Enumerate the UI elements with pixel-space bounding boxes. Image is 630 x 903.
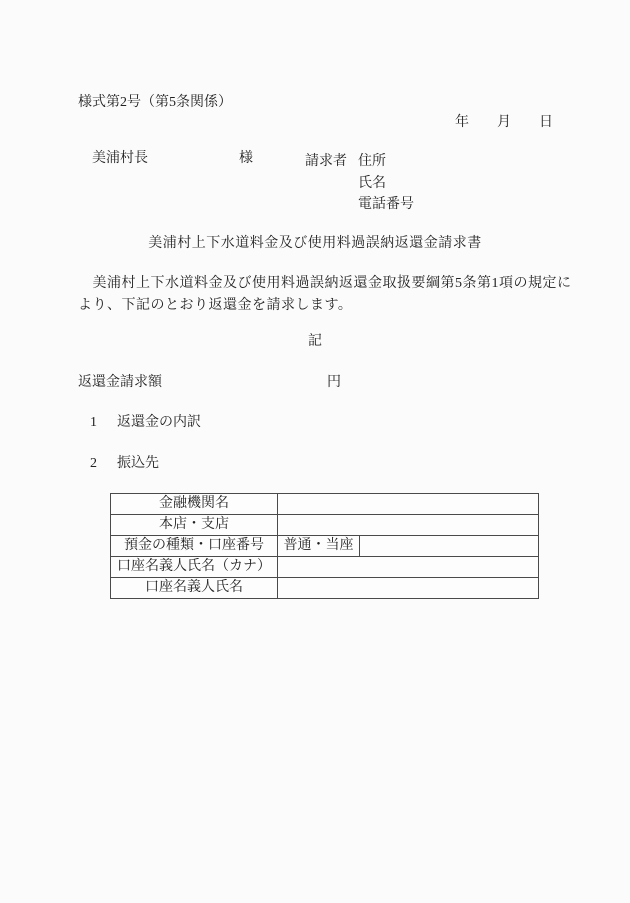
body-paragraph-line-2: より、下記のとおり返還金を請求します。 (78, 298, 352, 314)
table-row: 金融機関名 (111, 494, 539, 515)
requester-label: 請求者 (305, 154, 347, 170)
account-holder-name-label: 口座名義人氏名 (111, 578, 278, 599)
date-year-label: 年 (455, 115, 469, 131)
section-2-title: 振込先 (117, 456, 159, 472)
account-type-number-label: 預金の種類・口座番号 (111, 536, 278, 557)
date-month-label: 月 (497, 115, 511, 131)
section-1-title: 返還金の内訳 (117, 415, 201, 431)
document-page: 様式第2号（第5条関係） 年 月 日 美浦村長様 請求者 住所 氏名 電話番号 … (0, 0, 630, 903)
requester-phone-label: 電話番号 (358, 197, 414, 213)
form-number: 様式第2号（第5条関係） (78, 95, 232, 111)
section-1-number: 1 (90, 415, 97, 431)
date-line: 年 月 日 (455, 115, 553, 131)
bank-name-label: 金融機関名 (111, 494, 278, 515)
table-row: 口座名義人氏名（カナ） (111, 557, 539, 578)
section-2-number: 2 (90, 456, 97, 472)
account-holder-kana-label: 口座名義人氏名（カナ） (111, 557, 278, 578)
claim-amount-label: 返還金請求額 (78, 375, 162, 391)
record-marker: 記 (0, 334, 630, 350)
addressee-line: 美浦村長様 (78, 135, 253, 183)
branch-label: 本店・支店 (111, 515, 278, 536)
table-row: 預金の種類・口座番号 普通・当座 (111, 536, 539, 557)
branch-value (278, 515, 539, 536)
bank-name-value (278, 494, 539, 515)
account-holder-kana-value (278, 557, 539, 578)
body-paragraph-line-1: 美浦村上下水道料金及び使用料過誤納返還金取扱要綱第5条第1項の規定に (78, 276, 572, 292)
requester-name-label: 氏名 (358, 176, 386, 192)
date-day-label: 日 (539, 115, 553, 131)
claim-amount-unit: 円 (327, 375, 341, 391)
account-number-value (360, 536, 539, 557)
bank-transfer-table: 金融機関名 本店・支店 預金の種類・口座番号 普通・当座 口座名義人氏名（カナ）… (110, 493, 539, 599)
requester-address-label: 住所 (358, 154, 386, 170)
document-title: 美浦村上下水道料金及び使用料過誤納返還金請求書 (0, 236, 630, 252)
table-row: 本店・支店 (111, 515, 539, 536)
account-holder-name-value (278, 578, 539, 599)
account-type-options: 普通・当座 (278, 536, 360, 557)
addressee-title: 美浦村長 (92, 151, 148, 166)
addressee-honorific: 様 (239, 151, 253, 166)
table-row: 口座名義人氏名 (111, 578, 539, 599)
